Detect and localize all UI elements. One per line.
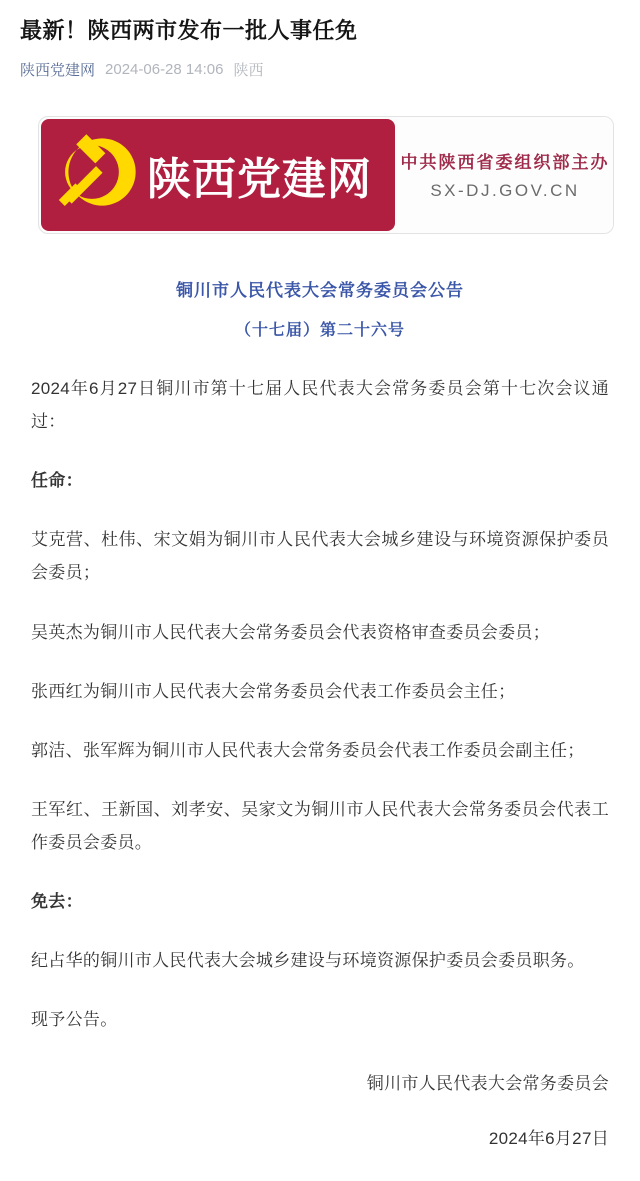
announcement-body: 2024年6月27日铜川市第十七届人民代表大会常务委员会第十七次会议通过： 任命… xyxy=(0,340,640,1181)
appoint-section-label: 任命： xyxy=(31,464,609,497)
banner-logo-panel: 陕西党建网 xyxy=(41,119,395,231)
page-title: 最新！陕西两市发布一批人事任免 xyxy=(20,16,620,47)
remove-section-label: 免去： xyxy=(31,885,609,918)
publish-datetime: 2024-06-28 14:06 xyxy=(105,61,223,78)
banner-domain-text: SX-DJ.GOV.CN xyxy=(430,181,579,201)
publish-location: 陕西 xyxy=(233,59,263,80)
appointment-item: 吴英杰为铜川市人民代表大会常务委员会代表资格审查委员会委员； xyxy=(31,616,609,649)
signature-org: 铜川市人民代表大会常务委员会 xyxy=(31,1067,609,1100)
removal-item: 纪占华的铜川市人民代表大会城乡建设与环境资源保护委员会委员职务。 xyxy=(31,944,609,977)
article-page: 最新！陕西两市发布一批人事任免 陕西党建网 2024-06-28 14:06 陕… xyxy=(0,0,640,1181)
byline: 陕西党建网 2024-06-28 14:06 陕西 xyxy=(20,59,620,80)
closing-paragraph: 现予公告。 xyxy=(31,1003,609,1036)
article-header: 最新！陕西两市发布一批人事任免 陕西党建网 2024-06-28 14:06 陕… xyxy=(0,0,640,80)
appointment-item: 郭洁、张军辉为铜川市人民代表大会常务委员会代表工作委员会副主任； xyxy=(31,734,609,767)
source-account-link[interactable]: 陕西党建网 xyxy=(20,59,95,80)
intro-paragraph: 2024年6月27日铜川市第十七届人民代表大会常务委员会第十七次会议通过： xyxy=(31,372,609,438)
site-banner: 陕西党建网 中共陕西省委组织部主办 SX-DJ.GOV.CN xyxy=(38,116,614,234)
appointment-item: 王军红、王新国、刘孝安、吴家文为铜川市人民代表大会常务委员会代表工作委员会委员。 xyxy=(31,793,609,859)
banner-site-name: 陕西党建网 xyxy=(147,143,372,207)
signature-block: 铜川市人民代表大会常务委员会 2024年6月27日 xyxy=(31,1067,609,1155)
appointment-item: 张西红为铜川市人民代表大会常务委员会代表工作委员会主任； xyxy=(31,675,609,708)
banner-organizer-text: 中共陕西省委组织部主办 xyxy=(401,148,610,173)
banner-info-panel: 中共陕西省委组织部主办 SX-DJ.GOV.CN xyxy=(397,117,613,233)
announcement-heading: 铜川市人民代表大会常务委员会公告 xyxy=(0,276,640,301)
party-emblem-icon xyxy=(55,130,139,219)
announcement-number: （十七届）第二十六号 xyxy=(0,317,640,340)
signature-date: 2024年6月27日 xyxy=(31,1122,609,1155)
appointment-item: 艾克营、杜伟、宋文娟为铜川市人民代表大会城乡建设与环境资源保护委员会委员； xyxy=(31,523,609,589)
